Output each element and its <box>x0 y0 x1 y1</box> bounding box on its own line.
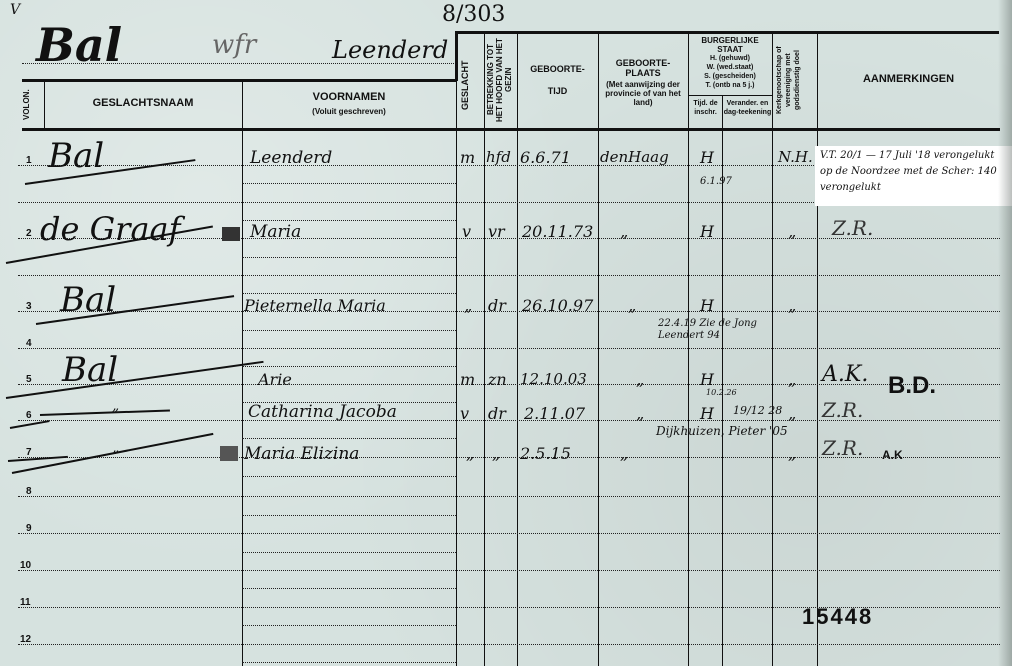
header-volgnummer: VOLON. <box>22 86 40 124</box>
row7-church: „ <box>788 444 796 463</box>
header-bottom-border <box>22 128 1000 131</box>
table-top-border-right <box>455 31 999 34</box>
row-number: 7 <box>26 447 32 458</box>
head-annotation: wfr <box>212 30 256 60</box>
row7-firstnames: Maria Elizina <box>244 444 359 464</box>
row-subline <box>242 662 456 663</box>
row-subline <box>242 588 456 589</box>
row5-remarks: A.K. <box>822 362 868 387</box>
strikethrough <box>6 361 264 399</box>
row7-birthplace: „ <box>620 444 628 463</box>
row-number: 11 <box>20 597 31 608</box>
row-number: 10 <box>20 560 31 571</box>
row1-surname: Bal <box>48 136 104 176</box>
row-subline <box>242 625 456 626</box>
row2-civil-state: H <box>700 222 714 241</box>
row6-sex: v <box>460 404 469 423</box>
stamp-mark <box>222 227 240 241</box>
row-line-10 <box>18 570 1000 571</box>
row-number: 9 <box>26 523 32 534</box>
row2-remarks: Z.R. <box>832 216 873 240</box>
row-subline <box>242 330 456 331</box>
header-geslacht: GESLACHT <box>460 50 480 120</box>
row6-civil-state: H <box>700 404 714 423</box>
row6-birthplace: „ <box>636 404 644 423</box>
row5-birthdate: 12.10.03 <box>520 370 587 388</box>
row-subline <box>242 552 456 553</box>
row1-birthdate: 6.6.71 <box>520 148 571 167</box>
row1-civil-date: 6.1.97 <box>700 176 732 187</box>
header-voornamen: VOORNAMEN <box>242 92 456 103</box>
header-tijd-inschr: Tijd. de inschr. <box>689 99 722 117</box>
header-kerkgenootschap: Kerkgenootschap of vereeniging met godsd… <box>775 34 815 126</box>
row5-relation: zn <box>488 370 507 389</box>
header-verander: Verander. en dag-teekening <box>723 99 772 117</box>
row-subline <box>242 257 456 258</box>
strikethrough <box>40 409 170 416</box>
row-number: 3 <box>26 301 32 312</box>
corner-mark: V <box>10 2 20 18</box>
row5-civil-state: H <box>700 370 714 389</box>
row2-relation: vr <box>488 222 505 241</box>
row2-surname: de Graaf <box>40 210 180 248</box>
row-line-4 <box>18 348 1000 349</box>
row-number: 12 <box>20 634 31 645</box>
col-line <box>242 80 243 666</box>
row6-birthdate: 2.11.07 <box>524 404 585 423</box>
row-subline <box>242 293 456 294</box>
stamp-bd: B.D. <box>888 372 936 400</box>
row-number: 4 <box>26 338 32 349</box>
row7-remarks: Z.R. <box>822 436 863 460</box>
row7-relation: „ <box>492 444 500 463</box>
row5-sex: m <box>460 370 475 389</box>
row3-firstnames: Pieternella Maria <box>244 296 386 315</box>
row5-firstnames: Arie <box>258 370 292 389</box>
row2-church: „ <box>788 222 796 241</box>
card-edge <box>998 0 1012 666</box>
row-line-3 <box>18 311 1000 312</box>
header-voornamen-sub: (Voluit geschreven) <box>242 106 456 117</box>
row1-remarks: V.T. 20/1 — 17 Juli '18 verongelukt op d… <box>820 148 1008 196</box>
row6-relation: dr <box>488 404 506 423</box>
row3-birthplace: „ <box>628 296 636 315</box>
registration-card: V 8/303 Bal wfr Leenderd VOLON. GESLACHT… <box>0 0 1012 666</box>
row-number: 1 <box>26 155 32 166</box>
row3-relation: dr <box>488 296 506 315</box>
stamp-number: 15448 <box>802 604 873 630</box>
head-firstname: Leenderd <box>332 36 448 64</box>
row-line-12 <box>18 644 1000 645</box>
row1-civil-state: H <box>700 148 714 167</box>
header-underline <box>22 63 454 64</box>
row1-church: N.H. <box>778 148 813 166</box>
header-burgerlijke-staat-1: BURGERLIJKE <box>688 36 772 45</box>
row-line-8 <box>18 496 1000 497</box>
row3-civil-note: 22.4.19 Zie de Jong Leendert 94 <box>658 318 768 342</box>
row-number: 5 <box>26 374 32 385</box>
header-geboorteplaats-sub: (Met aanwijzing der provincie of van het… <box>600 80 686 107</box>
row5-civil-note: 10.2.26 <box>706 388 737 397</box>
row3-civil-state: H <box>700 296 714 315</box>
col-line <box>456 80 457 666</box>
header-staat-h: H. (gehuwd) <box>688 54 772 63</box>
table-top-border-left <box>22 79 456 82</box>
row2-birthdate: 20.11.73 <box>522 222 593 241</box>
row-subline <box>242 476 456 477</box>
row2-firstnames: Maria <box>250 222 301 242</box>
row6-remarks: Z.R. <box>822 398 863 422</box>
row2-sex: v <box>462 222 471 241</box>
row3-church: „ <box>788 296 796 315</box>
row-subline <box>242 438 456 439</box>
row-subline <box>242 220 456 221</box>
row-number: 6 <box>26 410 32 421</box>
row3-birthdate: 26.10.97 <box>522 296 593 315</box>
row2-birthplace: „ <box>620 222 628 241</box>
row1-birthplace: denHaag <box>600 148 669 166</box>
row-number: 8 <box>26 486 32 497</box>
row7-remarks-stamp: A.K <box>882 448 903 462</box>
row1-firstnames: Leenderd <box>250 148 332 168</box>
header-staat-t: T. (ontb na 5 j.) <box>688 81 772 90</box>
header-geboorteplaats-2: PLAATS <box>598 68 688 79</box>
header-betrekking: BETREKKING TOT HET HOOFD VAN HET GEZIN <box>486 36 516 124</box>
subheader-divider <box>688 95 772 96</box>
header-geslachtsnaam: GESLACHTSNAAM <box>44 98 242 109</box>
file-number: 8/303 <box>442 2 505 27</box>
header-geboortetijd-1: GEBOORTE- <box>517 64 598 75</box>
header-aanmerkingen: AANMERKINGEN <box>817 74 1000 85</box>
header-geboortetijd-2: TIJD <box>517 86 598 97</box>
row-line-9 <box>18 533 1000 534</box>
row-line <box>18 275 1000 276</box>
header-staat-w: W. (wed.staat) <box>688 63 772 72</box>
row6-civil-note: Dijkhuizen, Pieter '05 <box>656 424 788 438</box>
row1-sex: m <box>460 148 475 167</box>
row5-birthplace: „ <box>636 370 644 389</box>
row7-sex: „ <box>466 444 474 463</box>
row6-church: „ <box>788 404 796 423</box>
border-step <box>455 31 458 81</box>
row3-sex: „ <box>464 296 472 315</box>
row6-change: 19/12 28 <box>733 404 782 417</box>
row-subline <box>242 515 456 516</box>
header-burgerlijke-staat-2: STAAT <box>688 45 772 54</box>
strikethrough <box>10 420 50 429</box>
row-subline <box>242 183 456 184</box>
stamp-mark <box>220 446 238 461</box>
row6-firstnames: Catharina Jacoba <box>248 402 397 422</box>
row5-church: „ <box>788 370 796 389</box>
header-staat-s: S. (gescheiden) <box>688 72 772 81</box>
row1-relation: hfd <box>486 148 511 166</box>
row-subline <box>242 366 456 367</box>
row-number: 2 <box>26 228 32 239</box>
row7-birthdate: 2.5.15 <box>520 444 571 463</box>
